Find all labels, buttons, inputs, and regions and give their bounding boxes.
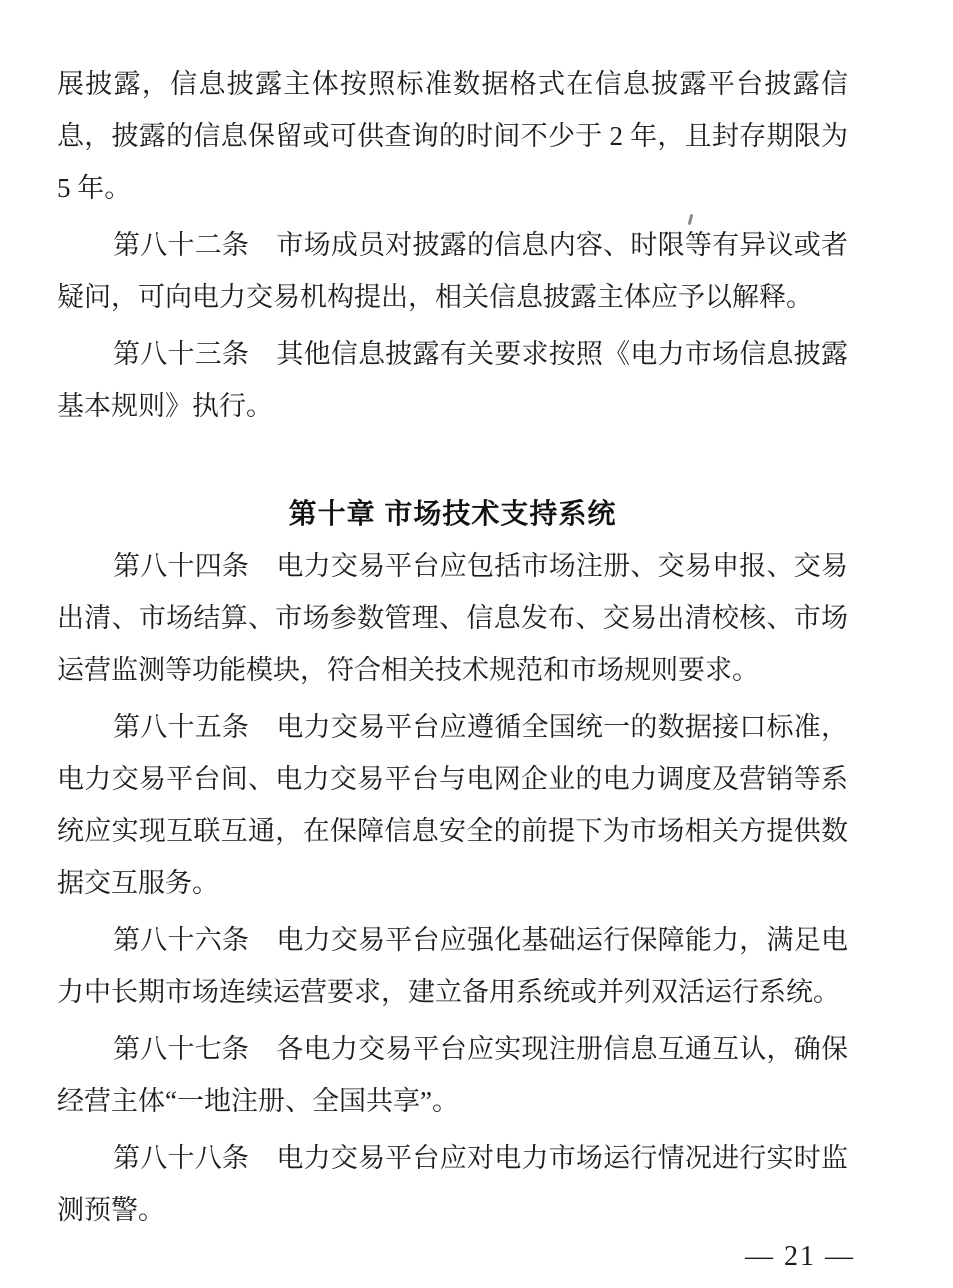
article-83-line: 第八十三条 其他信息披露有关要求按照《电力市场信息披露 — [57, 328, 848, 380]
chapter-10-heading: 第十章 市场技术支持系统 — [57, 488, 848, 540]
scanned-document-page: 展披露，信息披露主体按照标准数据格式在信息披露平台披露信 息，披露的信息保留或可… — [0, 0, 953, 1288]
doc-line: 基本规则》执行。 — [57, 380, 848, 432]
doc-line: 经营主体“一地注册、全国共享”。 — [57, 1075, 848, 1127]
doc-line: 测预警。 — [57, 1184, 848, 1236]
article-84-line: 第八十四条 电力交易平台应包括市场注册、交易申报、交易 — [57, 540, 848, 592]
doc-line: 统应实现互联互通，在保障信息安全的前提下为市场相关方提供数 — [57, 805, 848, 857]
article-87-line: 第八十七条 各电力交易平台应实现注册信息互通互认，确保 — [57, 1023, 848, 1075]
document-body: 展披露，信息披露主体按照标准数据格式在信息披露平台披露信 息，披露的信息保留或可… — [57, 58, 848, 1236]
doc-line: 出清、市场结算、市场参数管理、信息发布、交易出清校核、市场 — [57, 592, 848, 644]
doc-line: 展披露，信息披露主体按照标准数据格式在信息披露平台披露信 — [57, 58, 848, 110]
doc-line: 息，披露的信息保留或可供查询的时间不少于 2 年，且封存期限为 — [57, 110, 848, 162]
doc-line: 电力交易平台间、电力交易平台与电网企业的电力调度及营销等系 — [57, 753, 848, 805]
doc-line: 据交互服务。 — [57, 857, 848, 909]
doc-line: 5 年。 — [57, 162, 848, 214]
article-82-line: 第八十二条 市场成员对披露的信息内容、时限等有异议或者 — [57, 219, 848, 271]
page-number: — 21 — — [745, 1240, 855, 1274]
article-88-line: 第八十八条 电力交易平台应对电力市场运行情况进行实时监 — [57, 1132, 848, 1184]
doc-line: 疑问，可向电力交易机构提出，相关信息披露主体应予以解释。 — [57, 271, 848, 323]
doc-line: 力中长期市场连续运营要求，建立备用系统或并列双活运行系统。 — [57, 966, 848, 1018]
article-86-line: 第八十六条 电力交易平台应强化基础运行保障能力，满足电 — [57, 914, 848, 966]
doc-line: 运营监测等功能模块，符合相关技术规范和市场规则要求。 — [57, 644, 848, 696]
article-85-line: 第八十五条 电力交易平台应遵循全国统一的数据接口标准， — [57, 701, 848, 753]
